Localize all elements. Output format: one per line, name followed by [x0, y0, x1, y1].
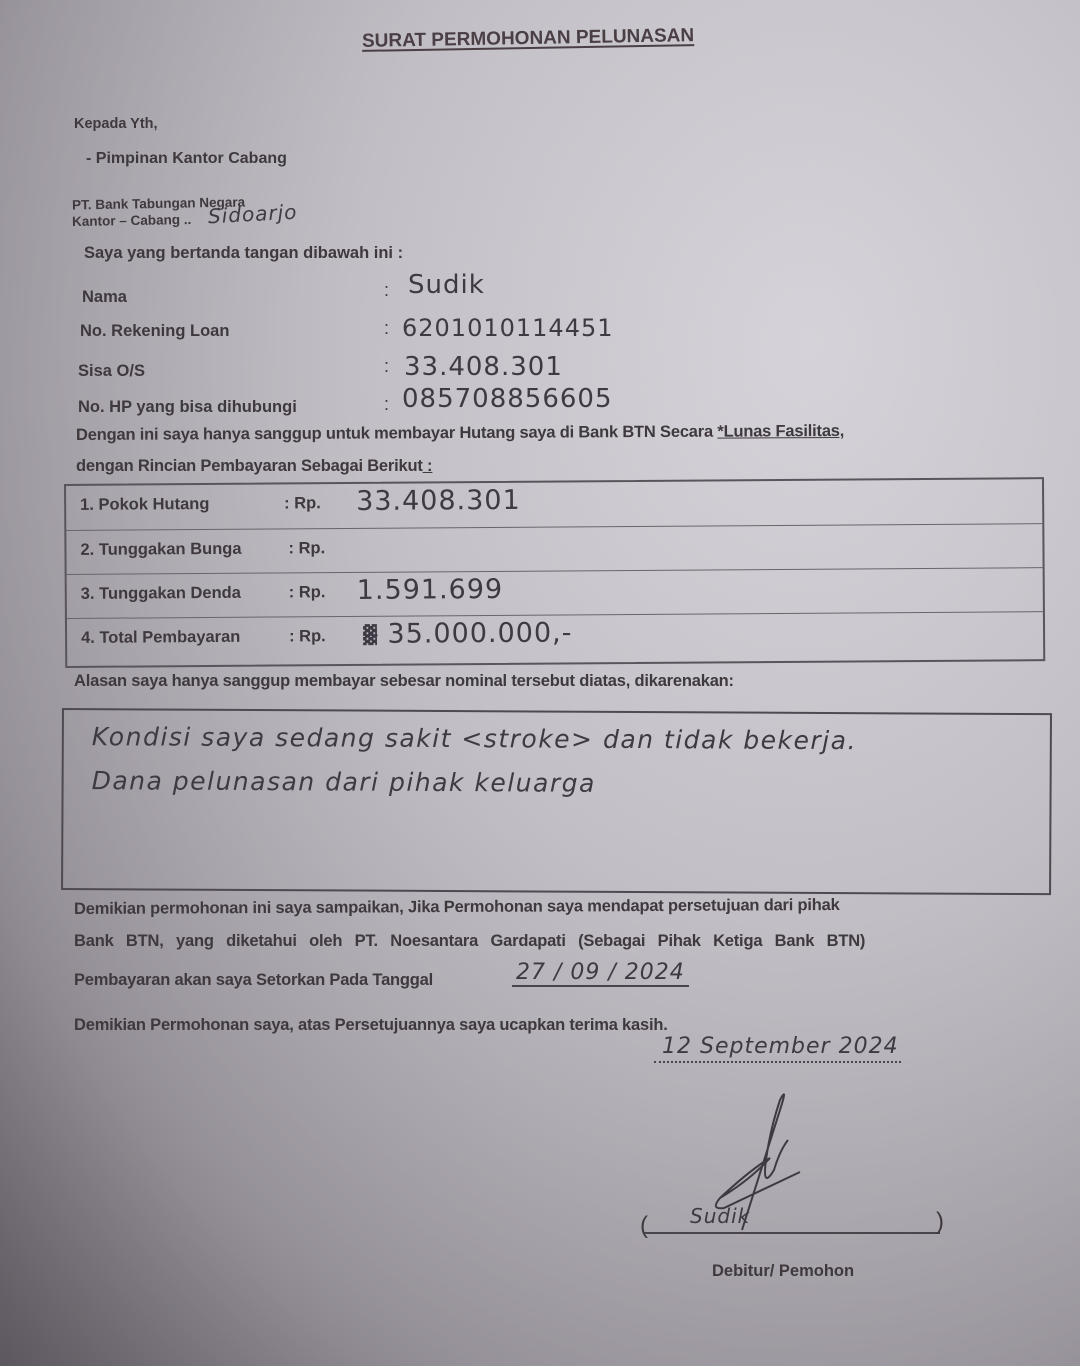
total-value: 35.000.000,-: [387, 617, 572, 649]
close-paren: ): [936, 1208, 944, 1236]
row-value: 33.408.301: [356, 485, 521, 517]
field-label-phone: No. HP yang bisa dihubungi: [78, 398, 297, 417]
table-row: 4. Total Pembayaran : Rp. ▓ 35.000.000,-: [67, 611, 1043, 663]
crossed-out-mark: ▓: [363, 625, 378, 646]
reason-label: Alasan saya hanya sanggup membayar sebes…: [74, 672, 734, 691]
closing-line-2: Bank BTN, yang diketahui oleh PT. Noesan…: [74, 932, 865, 951]
closing-line-1: Demikian permohonan ini saya sampaikan, …: [74, 896, 840, 919]
currency-label: : Rp.: [289, 627, 326, 646]
reason-line-1: Kondisi saya sedang sakit <stroke> dan t…: [92, 722, 857, 755]
intro-text: Saya yang bertanda tangan dibawah ini :: [84, 244, 403, 263]
statement-line-1: Dengan ini saya hanya sanggup untuk memb…: [76, 422, 844, 445]
field-value-outstanding: 33.408.301: [404, 352, 563, 382]
row-value: 1.591.699: [357, 574, 504, 606]
field-colon: :: [384, 356, 389, 377]
document-page: SURAT PERMOHONAN PELUNASAN Kepada Yth, -…: [0, 0, 1080, 1366]
field-colon: :: [384, 318, 389, 339]
statement-emphasis: *Lunas Fasilitas,: [717, 422, 844, 441]
field-label-account: No. Rekening Loan: [80, 322, 229, 341]
thanks-text: Demikian Permohonan saya, atas Persetuju…: [74, 1016, 668, 1035]
branch-handwritten: Sidoarjo: [207, 200, 298, 229]
field-colon: :: [384, 394, 389, 415]
recipient: - Pimpinan Kantor Cabang: [86, 150, 287, 168]
signature-line: [644, 1232, 940, 1234]
currency-label: : Rp.: [284, 494, 321, 513]
reason-box: Kondisi saya sedang sakit <stroke> dan t…: [61, 708, 1052, 895]
open-paren: (: [640, 1212, 648, 1240]
signature-date: 12 September 2024: [654, 1034, 901, 1063]
field-colon: :: [384, 280, 389, 301]
statement-line-2: dengan Rincian Pembayaran Sebagai Beriku…: [76, 457, 432, 476]
statement-colon: :: [423, 457, 433, 475]
field-value-phone: 085708856605: [402, 384, 613, 414]
statement-text-2: dengan Rincian Pembayaran Sebagai Beriku…: [76, 457, 423, 475]
row-value: ▓ 35.000.000,-: [363, 617, 573, 649]
branch-label: Kantor – Cabang ..: [72, 212, 192, 229]
currency-label: : Rp.: [288, 539, 325, 558]
signature-name: Sudik: [690, 1204, 750, 1228]
row-label: 3. Tunggakan Denda: [81, 584, 241, 604]
field-label-outstanding: Sisa O/S: [78, 362, 145, 381]
signer-role: Debitur/ Pemohon: [712, 1262, 854, 1281]
field-value-name: Sudik: [408, 270, 485, 300]
row-label: 1. Pokok Hutang: [80, 495, 209, 515]
closing-line-3: Pembayaran akan saya Setorkan Pada Tangg…: [74, 971, 433, 990]
greeting: Kepada Yth,: [74, 116, 158, 132]
row-label: 2. Tunggakan Bunga: [80, 540, 241, 560]
currency-label: : Rp.: [289, 583, 326, 602]
document-title: SURAT PERMOHONAN PELUNASAN: [362, 25, 695, 53]
reason-line-2: Dana pelunasan dari pihak keluarga: [92, 766, 596, 798]
table-row: 1. Pokok Hutang : Rp. 33.408.301: [66, 479, 1042, 530]
payment-table: 1. Pokok Hutang : Rp. 33.408.301 2. Tung…: [64, 477, 1045, 668]
field-value-account: 6201010114451: [402, 314, 614, 342]
row-label: 4. Total Pembayaran: [81, 628, 240, 648]
field-label-name: Nama: [82, 288, 127, 307]
statement-text: Dengan ini saya hanya sanggup untuk memb…: [76, 423, 717, 444]
deposit-date: 27 / 09 / 2024: [512, 960, 689, 987]
